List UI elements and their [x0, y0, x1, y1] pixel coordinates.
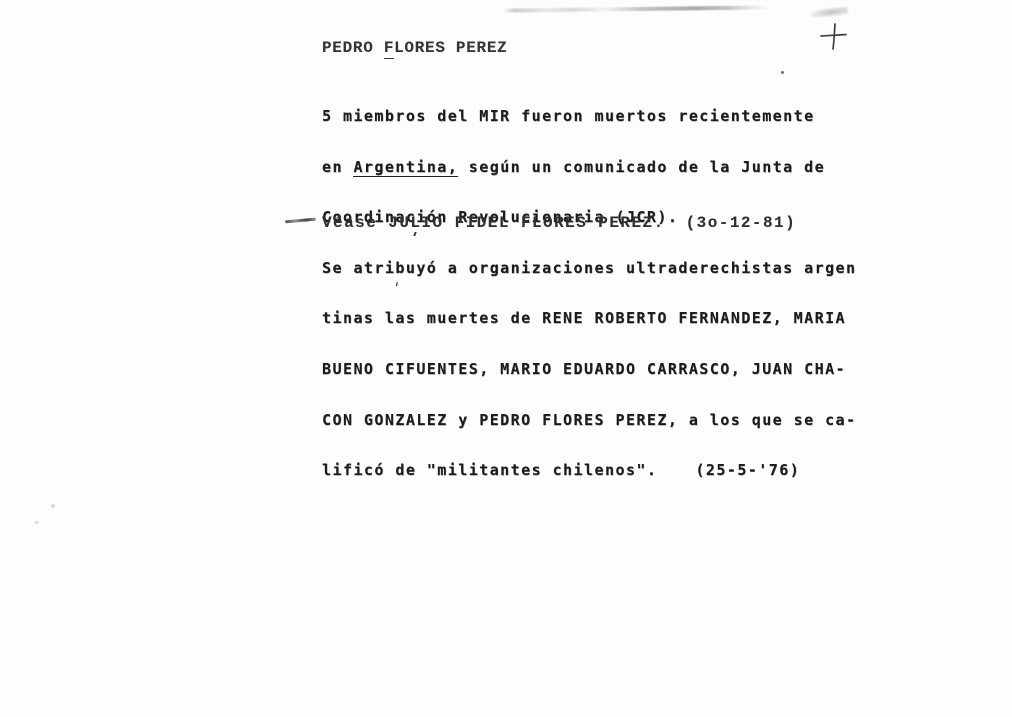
- scan-streak-artifact: [503, 5, 771, 12]
- document-paragraph: 5 miembros del MIR fueron muertos recien…: [322, 73, 857, 514]
- body-line-7: CON GONZALEZ y PEDRO FLORES PEREZ, a los…: [322, 413, 857, 428]
- body-line-1: 5 miembros del MIR fueron muertos recien…: [322, 109, 857, 124]
- see-also-marked-letter: L: [410, 214, 421, 232]
- handwritten-plus-icon: [815, 20, 853, 56]
- body-line-6: BUENO CIFUENTES, MARIO EDUARDO CARRASCO,…: [322, 362, 857, 377]
- line8-text: lificó de "militantes chilenos".: [322, 461, 657, 479]
- body-line-4: Se atribuyó a organizaciones ultraderech…: [322, 261, 857, 276]
- scan-smudge-artifact: [810, 6, 849, 20]
- scan-speck: [51, 504, 55, 508]
- document-title: PEDRO FLORES PEREZ: [322, 39, 507, 57]
- see-also-rest: IO FIDEL FLORES PEREZ.: [421, 214, 664, 232]
- handwritten-margin-dash: [285, 218, 316, 224]
- see-also-date: (3o-12-81): [686, 214, 797, 232]
- line2-rest: según un comunicado de la Junta de: [458, 158, 825, 176]
- line8-date: (25-5-'76): [695, 463, 800, 478]
- body-line-2: en Argentina, según un comunicado de la …: [322, 160, 857, 175]
- line2-prefix: en: [322, 158, 353, 176]
- scan-speck: [781, 71, 784, 74]
- title-underlined-letter: F: [384, 39, 394, 59]
- see-also-prefix: Véase JU: [322, 214, 410, 232]
- title-rest: LORES PEREZ: [394, 39, 507, 57]
- line2-underlined-word: Argentina,: [353, 158, 458, 177]
- cross-reference-line: Véase JULIO FIDEL FLORES PEREZ.(3o-12-81…: [322, 214, 796, 232]
- body-line-8: lificó de "militantes chilenos".(25-5-'7…: [322, 463, 857, 478]
- body-line-5: tinas las muertes de RENE ROBERTO FERNAN…: [322, 311, 857, 326]
- title-prefix: PEDRO: [322, 39, 384, 57]
- scanned-document-page: PEDRO FLORES PEREZ 5 miembros del MIR fu…: [0, 0, 1012, 717]
- scan-speck: [34, 521, 39, 524]
